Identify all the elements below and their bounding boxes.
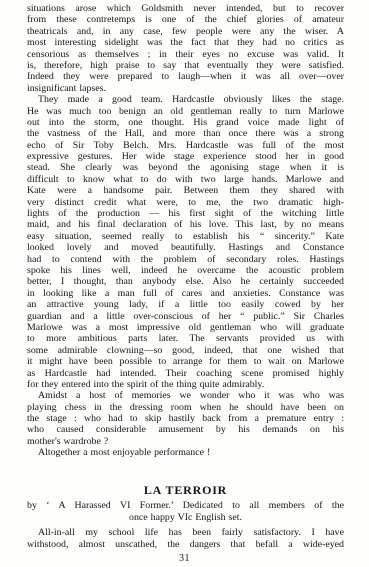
text-line: spoke his lines well, indeed he overcame… xyxy=(27,265,344,276)
text-line: the stage : who had to skip hastily back… xyxy=(27,413,344,424)
text-line: Indeed they were prepared to laugh—when … xyxy=(27,71,344,82)
text-line: it might have been possible to arrange f… xyxy=(27,356,344,367)
text-line: to more ambitious parts later. The serva… xyxy=(27,333,344,344)
section-title: LA TERROIR xyxy=(27,485,344,496)
text-line: He was much too benign an old gentleman … xyxy=(27,106,344,117)
text-line: looked lovely and moved beautifully. Has… xyxy=(27,242,344,253)
text-line: mother's wardrobe ? xyxy=(27,436,344,447)
text-line: situations arose which Goldsmith never i… xyxy=(27,3,344,14)
text-line: some admirable clowning—so good, indeed,… xyxy=(27,345,344,356)
text-line: once happy VIc English set. xyxy=(27,512,344,523)
text-line: maid, and his final declaration of his l… xyxy=(27,219,344,230)
paragraph: Altogether a most enjoyable performance … xyxy=(27,447,344,458)
document-page: situations arose which Goldsmith never i… xyxy=(0,0,369,567)
article-section: LA TERROIR by ‘ A Harassed VI Former.’ D… xyxy=(27,485,344,550)
text-line: is, therefore, high praise to say that e… xyxy=(27,60,344,71)
text-line: withstood, almost unscathed, the dangers… xyxy=(27,539,344,550)
text-line: out into the storm, one thought. His gra… xyxy=(27,117,344,128)
text-line: difficult to know what to do with two la… xyxy=(27,174,344,185)
text-line: from these contretemps is one of the chi… xyxy=(27,14,344,25)
text-line: lights of the production — his first sig… xyxy=(27,208,344,219)
section-body: by ‘ A Harassed VI Former.’ Dedicated to… xyxy=(27,500,344,550)
paragraph: situations arose which Goldsmith never i… xyxy=(27,3,344,94)
text-line: expressive gestures. Her wide stage expe… xyxy=(27,151,344,162)
text-line: by ‘ A Harassed VI Former.’ Dedicated to… xyxy=(27,500,344,511)
text-line: All-in-all my school life has been fairl… xyxy=(27,527,344,538)
text-line: for they entered into the spirit of the … xyxy=(27,379,344,390)
paragraph: All-in-all my school life has been fairl… xyxy=(27,527,344,550)
text-line: the vastness of the Hall, and more than … xyxy=(27,128,344,139)
paragraph: Amidst a host of memories we wonder who … xyxy=(27,390,344,447)
text-line: better, I thought, than anybody else. Al… xyxy=(27,276,344,287)
text-line: insignificant lapses. xyxy=(27,83,344,94)
text-line: guardian and a little over-conscious of … xyxy=(27,311,344,322)
text-line: as Hardcastle had intended. Their coachi… xyxy=(27,368,344,379)
text-line: They made a good team. Hardcastle obviou… xyxy=(27,94,344,105)
text-line: who caused considerable amusement by his… xyxy=(27,424,344,435)
text-line: censorious as themselves ; in their eyes… xyxy=(27,49,344,60)
text-line: had to contend with the problem of secon… xyxy=(27,254,344,265)
text-line: most interesting sidelight was the fact … xyxy=(27,37,344,48)
text-line: stead. She clearly was beyond the agonis… xyxy=(27,162,344,173)
page-number: 31 xyxy=(0,553,369,564)
paragraph: by ‘ A Harassed VI Former.’ Dedicated to… xyxy=(27,500,344,523)
text-line: Amidst a host of memories we wonder who … xyxy=(27,390,344,401)
text-line: Kate were a handsome pair. Between them … xyxy=(27,185,344,196)
paragraph: They made a good team. Hardcastle obviou… xyxy=(27,94,344,390)
text-line: echo of Sir Toby Belch. Mrs. Hardcastle … xyxy=(27,140,344,151)
text-line: playing chess in the dressing room when … xyxy=(27,402,344,413)
text-line: Marlowe was a most impressive old gentle… xyxy=(27,322,344,333)
main-text-block: situations arose which Goldsmith never i… xyxy=(27,3,344,459)
text-line: very distinct credit what were, to me, t… xyxy=(27,197,344,208)
text-line: easy situation, seemed really to establi… xyxy=(27,231,344,242)
text-line: Altogether a most enjoyable performance … xyxy=(27,447,344,458)
text-line: in looking like a man full of cares and … xyxy=(27,288,344,299)
text-line: theatricals and, in any case, few people… xyxy=(27,26,344,37)
text-line: an attractive young lady, if a little to… xyxy=(27,299,344,310)
